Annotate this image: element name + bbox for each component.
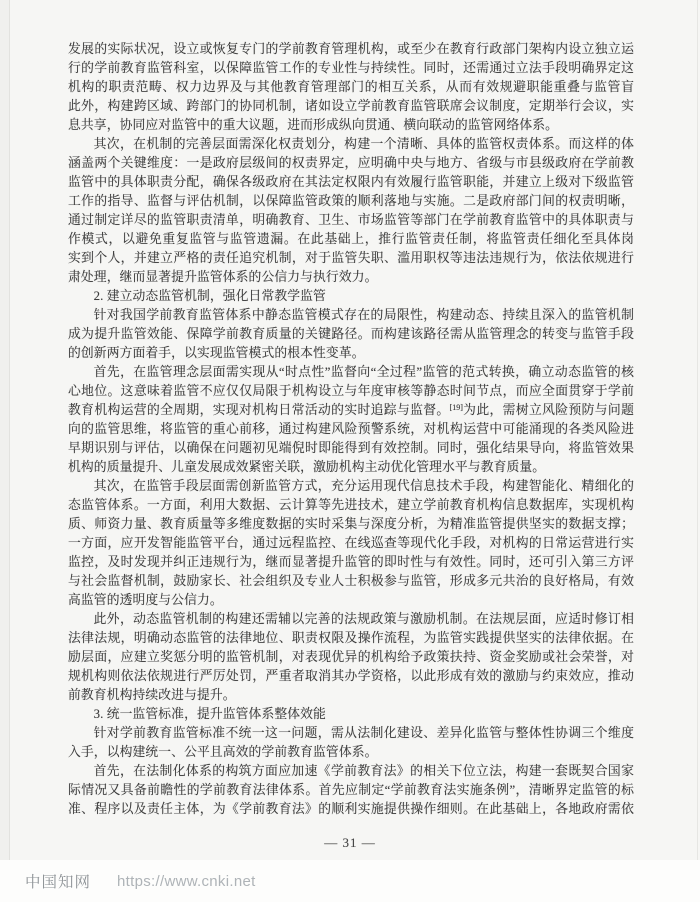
text-line: 发展的实际状况，设立或恢复专门的学前教育管理机构，或至少在教育行政部门架构内设立… bbox=[68, 40, 634, 59]
text-line: 实到个人，并建立严格的责任追究机制，对于监管失职、滥用职权等违法违规行为，依法依… bbox=[68, 249, 634, 268]
text-line: 作模式，以避免重复监管与监管遗漏。在此基础上，推行监管责任制，将监管责任细化至具… bbox=[68, 230, 634, 249]
text-line: 与社会监督机制，鼓励家长、社会组织及专业人士积极参与监管，形成多元共治的良好格局… bbox=[68, 572, 634, 591]
text-line: 一方面，应开发智能监管平台，通过远程监控、在线巡查等现代化手段，对机构的日常运营… bbox=[68, 534, 634, 553]
text-line: 励层面，应建立奖惩分明的监管机制，对表现优异的机构给予政策扶持、资金奖励或社会荣… bbox=[68, 648, 634, 667]
page-number: — 31 — bbox=[0, 835, 700, 851]
text-line: 肃处理，继而显著提升监管体系的公信力与执行效力。 bbox=[68, 268, 634, 287]
text-line: 质、师资力量、教育质量等多维度数据的实时采集与深度分析，为精准监管提供坚实的数据… bbox=[68, 515, 634, 534]
text-line: 机构的质量提升、儿童发展成效紧密关联，激励机构主动优化管理水平与教育质量。 bbox=[68, 458, 634, 477]
page-right-edge bbox=[697, 0, 698, 860]
text-line: 2. 建立动态监管机制，强化日常教学监管 bbox=[68, 287, 634, 306]
document-viewer: 发展的实际状况，设立或恢复专门的学前教育管理机构，或至少在教育行政部门架构内设立… bbox=[0, 0, 700, 902]
text-line: 的创新两方面着手，以实现监管模式的根本性变革。 bbox=[68, 344, 634, 363]
page-left-edge bbox=[0, 0, 10, 860]
document-body-text: 发展的实际状况，设立或恢复专门的学前教育管理机构，或至少在教育行政部门架构内设立… bbox=[68, 40, 634, 819]
text-line: 此外，动态监管机制的构建还需辅以完善的法规政策与激励机制。在法规层面，应适时修订… bbox=[68, 610, 634, 629]
text-line: 工作的指导、监督与评估机制，以保障监管政策的顺利落地与实施。二是政府部门间的权责… bbox=[68, 192, 634, 211]
cnki-brand-watermark: 中国知网 bbox=[25, 870, 91, 892]
text-line: 心地位。这意味着监管不应仅仅局限于机构设立与年度审核等静态时间节点，而应全面贯穿… bbox=[68, 382, 634, 401]
text-line: 此外，构建跨区域、跨部门的协同机制，诸如设立学前教育监管联席会议制度，定期举行会… bbox=[68, 97, 634, 116]
text-line: 向的监管思维，将监管的重心前移，通过构建风险预警系统，对机构运营中可能涌现的各类… bbox=[68, 420, 634, 439]
text-line: 首先，在法制化体系的构筑方面应加速《学前教育法》的相关下位立法，构建一套既契合国… bbox=[68, 762, 634, 781]
text-line: 息共享，协同应对监管中的重大议题，进而形成纵向贯通、横向联动的监管网络体系。 bbox=[68, 116, 634, 135]
text-line: 针对学前教育监管标准不统一这一问题，需从法制化建设、差异化监管与整体性协调三个维… bbox=[68, 724, 634, 743]
text-line: 首先，在监管理念层面需实现从“时点性”监督向“全过程”监管的范式转换，确立动态监… bbox=[68, 363, 634, 382]
text-line: 通过制定详尽的监管职责清单，明确教育、卫生、市场监管等部门在学前教育监管中的具体… bbox=[68, 211, 634, 230]
text-line: 规机构则依法依规进行严厉处罚，严重者取消其办学资格，以此形成有效的激励与约束效应… bbox=[68, 667, 634, 686]
text-line: 针对我国学前教育监管体系中静态监管模式存在的局限性，构建动态、持续且深入的监管机… bbox=[68, 306, 634, 325]
text-line: 入手，以构建统一、公平且高效的学前教育监管体系。 bbox=[68, 743, 634, 762]
text-line: 涵盖两个关键维度：一是政府层级间的权责界定，应明确中央与地方、省级与市县级政府在… bbox=[68, 154, 634, 173]
text-line: 其次，在监管手段层面需创新监管方式，充分运用现代信息技术手段，构建智能化、精细化… bbox=[68, 477, 634, 496]
text-line: 教育机构运营的全周期，实现对机构日常活动的实时追踪与监督。[19]为此，需树立风… bbox=[68, 401, 634, 420]
text-line: 态监管体系。一方面，利用大数据、云计算等先进技术，建立学前教育机构信息数据库，实… bbox=[68, 496, 634, 515]
text-line: 法律法规，明确动态监管的法律地位、职责权限及操作流程，为监管实践提供坚实的法律依… bbox=[68, 629, 634, 648]
text-line: 高监管的透明度与公信力。 bbox=[68, 591, 634, 610]
text-line: 成为提升监管效能、保障学前教育质量的关键路径。而构建该路径需从监管理念的转变与监… bbox=[68, 325, 634, 344]
text-line: 前教育机构持续改进与提升。 bbox=[68, 686, 634, 705]
viewer-footer-bar: 中国知网 https://www.cnki.net bbox=[0, 860, 700, 902]
scanned-document-page: 发展的实际状况，设立或恢复专门的学前教育管理机构，或至少在教育行政部门架构内设立… bbox=[0, 0, 700, 860]
text-line: 监管中的具体职责分配，确保各级政府在其法定权限内有效履行监管职能，并建立上级对下… bbox=[68, 173, 634, 192]
cnki-url-link[interactable]: https://www.cnki.net bbox=[117, 873, 256, 890]
text-line: 早期识别与评估，以确保在问题初见端倪时即能得到有效控制。同时，强化结果导向，将监… bbox=[68, 439, 634, 458]
text-line: 行的学前教育监管科室，以保障监管工作的专业性与持续性。同时，还需通过立法手段明确… bbox=[68, 59, 634, 78]
text-line: 机构的职责范畴、权力边界及与其他教育管理部门的相互关系，从而有效规避职能重叠与监… bbox=[68, 78, 634, 97]
text-line: 际情况又具备前瞻性的学前教育法律体系。首先应制定“学前教育法实施条例”，清晰界定… bbox=[68, 781, 634, 800]
text-line: 其次，在机制的完善层面需深化权责划分，构建一个清晰、具体的监管权责体系。而这样的… bbox=[68, 135, 634, 154]
text-line: 3. 统一监管标准，提升监管体系整体效能 bbox=[68, 705, 634, 724]
text-line: 准、程序以及责任主体，为《学前教育法》的顺利实施提供操作细则。在此基础上，各地政… bbox=[68, 800, 634, 819]
text-line: 监控，及时发现并纠正违规行为，继而显著提升监管的即时性与有效性。同时，还可引入第… bbox=[68, 553, 634, 572]
citation-superscript: [19] bbox=[450, 403, 463, 412]
